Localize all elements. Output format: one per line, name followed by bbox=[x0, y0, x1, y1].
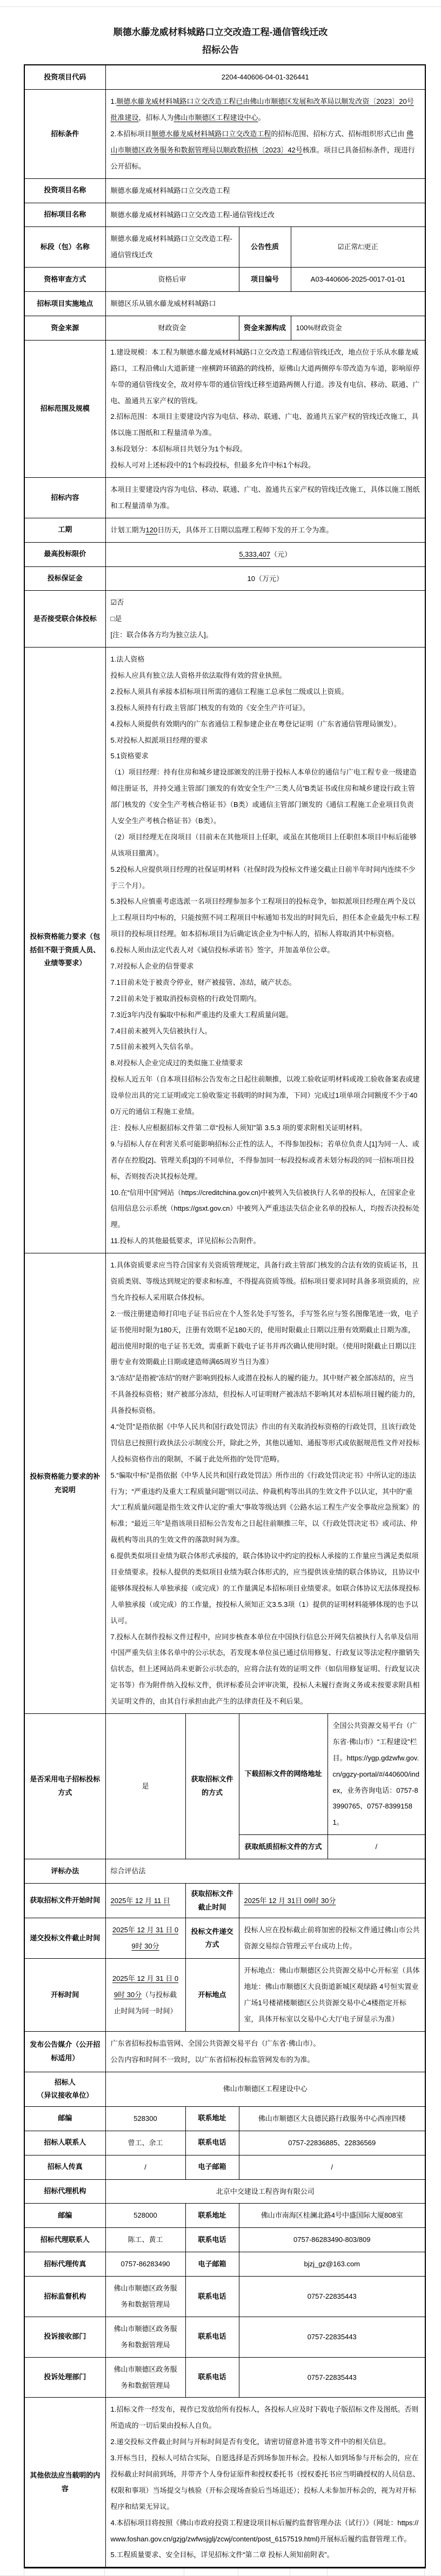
tenderer-phone-label: 联系电话 bbox=[185, 2131, 239, 2155]
tenderer-email-label: 电子邮箱 bbox=[185, 2155, 239, 2179]
funding-value: 财政资金 bbox=[105, 316, 239, 340]
table-row: 评标办法 综合评估法 bbox=[24, 1859, 425, 1884]
complaint-handle-value: 佛山市顺德区政务服务和数据管理局 bbox=[105, 2357, 185, 2398]
price-limit-label: 最高投标限价 bbox=[24, 542, 105, 566]
tenderer-contact-label: 招标人联系人 bbox=[24, 2131, 105, 2155]
qualification-notes-value: 1.具体资质要求应当符合国家有关资质管理规定，具备行政主管部门核发的合法有效的资… bbox=[105, 1253, 425, 1714]
doc-obtain-method-label: 获取招标文件的方式 bbox=[185, 1714, 239, 1859]
tender-conditions-value: 1.顺德水藤龙威材料城路口立交改造工程已由佛山市顺德区发展和改革局以顺发改资〔2… bbox=[105, 90, 425, 178]
submit-method-label: 投标文件递交方式 bbox=[185, 1918, 239, 1959]
qualification-req-label: 投标资格能力要求（包括但不限于资质人员、业绩等要求） bbox=[24, 648, 105, 1253]
investment-name-label: 投资项目名称 bbox=[24, 178, 105, 203]
table-row: 邮编 528300 联系地址 佛山市顺德区大良德民路行政服务中心西座四楼 bbox=[24, 2106, 425, 2131]
paper-doc-method-value: / bbox=[328, 1835, 425, 1859]
table-row: 投标资格能力要求（包括但不限于资质人员、业绩等要求） 1.法人资格投标人应具有独… bbox=[24, 648, 425, 1253]
evaluation-method-label: 评标办法 bbox=[24, 1859, 105, 1884]
table-row: 工期 计划工期为120日历天，具体开工日期以监理工程师下发的开工令为准。 bbox=[24, 518, 425, 542]
agency-fax-value: 0757-86283490 bbox=[105, 2252, 185, 2277]
media-label: 发布公告媒介（公开招标适用） bbox=[24, 2031, 105, 2072]
supervisor-phone-label: 联系电话 bbox=[185, 2277, 239, 2317]
other-content-value: 1.招标文件一经发布，视作已发放给所有投标人，各投标人应及时下载电子版招标文件及… bbox=[105, 2398, 425, 2568]
agency-fax-label: 招标代理传真 bbox=[24, 2252, 105, 2277]
funding-composition-value: 100%财政资金 bbox=[291, 316, 425, 340]
project-number-label: 项目编号 bbox=[239, 268, 291, 292]
evaluation-method-value: 综合评估法 bbox=[105, 1859, 425, 1884]
supervisor-phone-value: 0757-22835443 bbox=[239, 2277, 425, 2317]
supervisor-value: 佛山市顺德区政务服务和数据管理局 bbox=[105, 2277, 185, 2317]
location-value: 顺德区乐从镇水藤龙威材料城路口 bbox=[105, 292, 425, 316]
table-row: 招标内容 本项目主要建设内容为电信、移动、联通、广电、盈通共五家产权的管线迁改施… bbox=[24, 477, 425, 518]
agency-label: 招标代理机构 bbox=[24, 2179, 105, 2204]
table-row: 开标时间 2025年 12 月 31 日 09时 30分（与投标截止时间为同一时… bbox=[24, 1959, 425, 2032]
table-row: 是否接受联合体投标 ☑否□是[注：联合体各方均为独立法人]。 bbox=[24, 591, 425, 648]
table-row: 招标条件 1.顺德水藤龙威材料城路口立交改造工程已由佛山市顺德区发展和改革局以顺… bbox=[24, 90, 425, 178]
complaint-handle-label: 投诉处理部门 bbox=[24, 2357, 105, 2398]
doc-download-address-label: 下载招标文件的网络地址 bbox=[239, 1714, 328, 1835]
agency-phone-label: 联系电话 bbox=[185, 2228, 239, 2252]
paper-doc-method-label: 获取纸质招标文件的方式 bbox=[239, 1835, 328, 1859]
table-row: 招标项目实施地点 顺德区乐从镇水藤龙威材料城路口 bbox=[24, 292, 425, 316]
complaint-recv-value: 佛山市顺德区政务服务和数据管理局 bbox=[105, 2317, 185, 2357]
tenderer-fax-value: / bbox=[105, 2155, 185, 2179]
agency-contact-value: 陈工、黄工 bbox=[105, 2228, 185, 2252]
opening-place-value: 开标地点：佛山市顺德区公共资源交易中心开标室（具体地址：佛山市顺德区大良街道新城… bbox=[239, 1959, 425, 2032]
supervisor-label: 招标监督机构 bbox=[24, 2277, 105, 2317]
table-row: 获取招标文件开始时间 2025年 12 月 11 日 获取招标文件截止时间 20… bbox=[24, 1884, 425, 1918]
complaint-recv-phone-label: 联系电话 bbox=[185, 2317, 239, 2357]
table-row: 招标代理联系人 陈工、黄工 联系电话 0757-86283490-803/809 bbox=[24, 2228, 425, 2252]
agency-contact-label: 招标代理联系人 bbox=[24, 2228, 105, 2252]
content-label: 招标内容 bbox=[24, 477, 105, 518]
other-content-label: 其他依法应当载明的内容 bbox=[24, 2398, 105, 2568]
notice-nature-value: ☑正常/□更正 bbox=[291, 227, 425, 268]
table-row: 招标人（异议接收单位） 佛山市顺德区工程建设中心 bbox=[24, 2072, 425, 2106]
tender-announcement-page: 顺德水藤龙威材料城路口立交改造工程-通信管线迁改 招标公告 投资项目代码 220… bbox=[0, 6, 441, 2576]
table-row: 标段（包）名称 顺德水藤龙威材料城路口立交改造工程-通信管线迁改 公告性质 ☑正… bbox=[24, 227, 425, 268]
duration-value: 计划工期为120日历天，具体开工日期以监理工程师下发的开工令为准。 bbox=[105, 518, 425, 542]
content-value: 本项目主要建设内容为电信、移动、联通、广电、盈通共五家产权的管线迁改施工，具体以… bbox=[105, 477, 425, 518]
doc-end-time-label: 获取招标文件截止时间 bbox=[185, 1884, 239, 1918]
qualification-review-value: 资格后审 bbox=[105, 268, 239, 292]
tender-conditions-label: 招标条件 bbox=[24, 90, 105, 178]
tenderer-fax-label: 招标人传真 bbox=[24, 2155, 105, 2179]
doc-start-time-value: 2025年 12 月 11 日 bbox=[105, 1884, 185, 1918]
project-number-value: A03-440606-2025-0017-01-01 bbox=[291, 268, 425, 292]
opening-time-value: 2025年 12 月 31 日 09时 30分（与投标截止时间为同一时间） bbox=[105, 1959, 185, 2032]
tenderer-postcode-value: 528300 bbox=[105, 2106, 185, 2131]
tender-project-name-value: 顺德水藤龙威材料城路口立交改造工程-通信管线迁改 bbox=[105, 203, 425, 227]
qualification-review-label: 资格审查方式 bbox=[24, 268, 105, 292]
top-gridline bbox=[0, 6, 441, 7]
doc-end-time-value: 2025年 12 月 31日 09时 30分 bbox=[239, 1884, 425, 1918]
location-label: 招标项目实施地点 bbox=[24, 292, 105, 316]
table-row: 发布公告媒介（公开招标适用） 广东省招标投标监管网、全国公共资源交易平台（广东省… bbox=[24, 2031, 425, 2072]
bid-bond-value: 10（万元） bbox=[105, 566, 425, 591]
table-row: 投资项目名称 顺德水藤龙威材料城路口立交改造工程 bbox=[24, 178, 425, 203]
submit-deadline-value: 2025年 12 月 31 日 09时 30分 bbox=[105, 1918, 185, 1959]
tenderer-address-label: 联系地址 bbox=[185, 2106, 239, 2131]
investment-code-label: 投资项目代码 bbox=[24, 65, 105, 89]
notice-nature-label: 公告性质 bbox=[239, 227, 291, 268]
section-name-value: 顺德水藤龙威材料城路口立交改造工程-通信管线迁改 bbox=[105, 227, 239, 268]
table-row: 招标代理机构 北京中交建设工程咨询有限公司 bbox=[24, 2179, 425, 2204]
scope-value: 1.建设规模：本工程为顺德水藤龙威材料城路口立交改造工程通信管线迁改，地点位于乐… bbox=[105, 340, 425, 477]
agency-postcode-label: 邮编 bbox=[24, 2204, 105, 2228]
table-row: 资格审查方式 资格后审 项目编号 A03-440606-2025-0017-01… bbox=[24, 268, 425, 292]
bottom-gridline bbox=[0, 2568, 441, 2576]
tender-announcement-table: 投资项目代码 2204-440606-04-01-326441 招标条件 1.顺… bbox=[24, 64, 426, 2568]
tenderer-contact-value: 曾工、余工 bbox=[105, 2131, 185, 2155]
page-title-line1: 顺德水藤龙威材料城路口立交改造工程-通信管线迁改 bbox=[19, 23, 422, 41]
table-row: 招标人传真 / 电子邮箱 / bbox=[24, 2155, 425, 2179]
funding-label: 资金来源 bbox=[24, 316, 105, 340]
agency-phone-value: 0757-86283490-803/809 bbox=[239, 2228, 425, 2252]
opening-place-label: 开标地点 bbox=[185, 1959, 239, 2032]
investment-code-value: 2204-440606-04-01-326441 bbox=[105, 65, 425, 89]
agency-value: 北京中交建设工程咨询有限公司 bbox=[105, 2179, 425, 2204]
table-row: 是否采用电子招标投标方式 是 获取招标文件的方式 下载招标文件的网络地址 全国公… bbox=[24, 1714, 425, 1835]
tenderer-phone-value: 0757-22836885、22836569 bbox=[239, 2131, 425, 2155]
e-bidding-value: 是 bbox=[105, 1714, 185, 1859]
price-limit-value: 5,333,407（元） bbox=[105, 542, 425, 566]
media-value: 广东省招标投标监管网、全国公共资源交易平台（广东省·佛山市）。公告内容和时间不一… bbox=[105, 2031, 425, 2072]
agency-postcode-value: 528000 bbox=[105, 2204, 185, 2228]
table-row: 招标项目名称 顺德水藤龙威材料城路口立交改造工程-通信管线迁改 bbox=[24, 203, 425, 227]
table-row: 其他依法应当载明的内容 1.招标文件一经发布，视作已发放给所有投标人，各投标人应… bbox=[24, 2398, 425, 2568]
bid-bond-label: 投标保证金 bbox=[24, 566, 105, 591]
complaint-recv-label: 投诉接收部门 bbox=[24, 2317, 105, 2357]
tenderer-postcode-label: 邮编 bbox=[24, 2106, 105, 2131]
e-bidding-label: 是否采用电子招标投标方式 bbox=[24, 1714, 105, 1859]
table-row: 投资项目代码 2204-440606-04-01-326441 bbox=[24, 65, 425, 89]
submit-deadline-label: 递交投标文件截止时间 bbox=[24, 1918, 105, 1959]
table-row: 资金来源 财政资金 资金来源构成 100%财政资金 bbox=[24, 316, 425, 340]
agency-address-label: 联系地址 bbox=[185, 2204, 239, 2228]
scope-label: 招标范围及规模 bbox=[24, 340, 105, 477]
complaint-handle-phone-label: 联系电话 bbox=[185, 2357, 239, 2398]
funding-composition-label: 资金来源构成 bbox=[239, 316, 291, 340]
investment-name-value: 顺德水藤龙威材料城路口立交改造工程 bbox=[105, 178, 425, 203]
table-row: 招标人联系人 曾工、余工 联系电话 0757-22836885、22836569 bbox=[24, 2131, 425, 2155]
consortium-label: 是否接受联合体投标 bbox=[24, 591, 105, 648]
tenderer-email-value: / bbox=[239, 2155, 425, 2179]
table-row: 递交投标文件截止时间 2025年 12 月 31 日 09时 30分 投标文件递… bbox=[24, 1918, 425, 1959]
agency-email-label: 电子邮箱 bbox=[185, 2252, 239, 2277]
agency-address-value: 佛山市南海区桂澜北路4号中盛国际大厦808室 bbox=[239, 2204, 425, 2228]
table-row: 邮编 528000 联系地址 佛山市南海区桂澜北路4号中盛国际大厦808室 bbox=[24, 2204, 425, 2228]
qualification-req-value: 1.法人资格投标人应具有独立法人资格并依法取得有效的营业执照。2.投标人须具有承… bbox=[105, 648, 425, 1253]
consortium-value: ☑否□是[注：联合体各方均为独立法人]。 bbox=[105, 591, 425, 648]
tenderer-address-value: 佛山市顺德区大良德民路行政服务中心西座四楼 bbox=[239, 2106, 425, 2131]
table-row: 投标保证金 10（万元） bbox=[24, 566, 425, 591]
table-row: 最高投标限价 5,333,407（元） bbox=[24, 542, 425, 566]
table-row: 招标范围及规模 1.建设规模：本工程为顺德水藤龙威材料城路口立交改造工程通信管线… bbox=[24, 340, 425, 477]
agency-email-value: bjzj_gz@163.com bbox=[239, 2252, 425, 2277]
doc-start-time-label: 获取招标文件开始时间 bbox=[24, 1884, 105, 1918]
tender-project-name-label: 招标项目名称 bbox=[24, 203, 105, 227]
table-row: 投标资格能力要求的补充说明 1.具体资质要求应当符合国家有关资质管理规定，具备行… bbox=[24, 1253, 425, 1714]
opening-time-label: 开标时间 bbox=[24, 1959, 105, 2032]
qualification-notes-label: 投标资格能力要求的补充说明 bbox=[24, 1253, 105, 1714]
complaint-handle-phone-value: 0757-22835443 bbox=[239, 2357, 425, 2398]
tenderer-label: 招标人（异议接收单位） bbox=[24, 2072, 105, 2106]
duration-label: 工期 bbox=[24, 518, 105, 542]
submit-method-value: 投标人应在投标截止前将加密的投标文件通过佛山市公共资源交易综合管理云平台成功上传… bbox=[239, 1918, 425, 1959]
section-name-label: 标段（包）名称 bbox=[24, 227, 105, 268]
tenderer-value: 佛山市顺德区工程建设中心 bbox=[105, 2072, 425, 2106]
page-title: 顺德水藤龙威材料城路口立交改造工程-通信管线迁改 招标公告 bbox=[19, 23, 422, 59]
table-row: 投诉处理部门 佛山市顺德区政务服务和数据管理局 联系电话 0757-228354… bbox=[24, 2357, 425, 2398]
table-row: 招标代理传真 0757-86283490 电子邮箱 bjzj_gz@163.co… bbox=[24, 2252, 425, 2277]
page-title-line2: 招标公告 bbox=[19, 41, 422, 59]
doc-download-address-value: 全国公共资源交易平台（广东省·佛山市）“工程建设”栏目。https://ygp.… bbox=[328, 1714, 425, 1835]
table-row: 投诉接收部门 佛山市顺德区政务服务和数据管理局 联系电话 0757-228354… bbox=[24, 2317, 425, 2357]
complaint-recv-phone-value: 0757-22835443 bbox=[239, 2317, 425, 2357]
